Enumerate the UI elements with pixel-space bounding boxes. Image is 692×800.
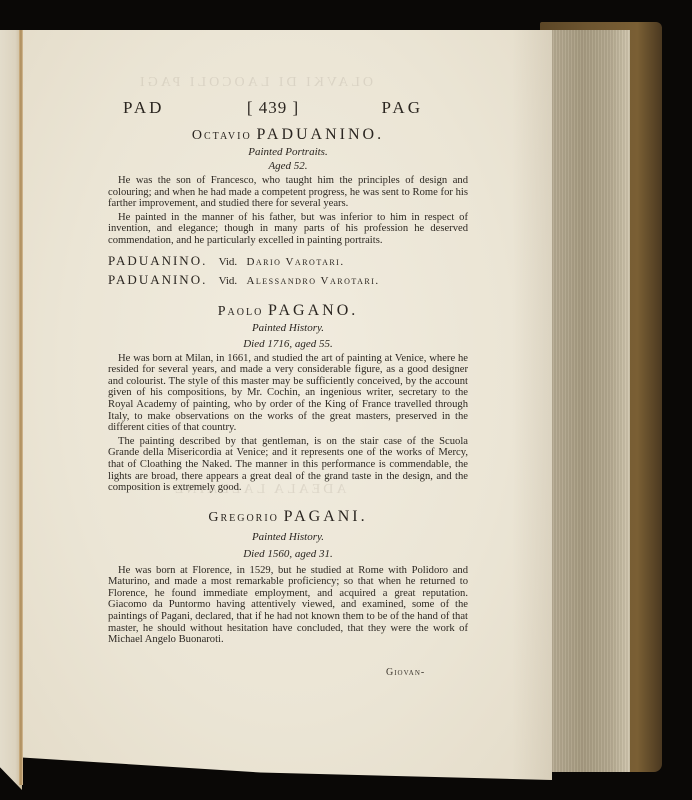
catchword: Giovan-	[386, 667, 425, 678]
entry-pagano: Paolo PAGANO. Painted History. Died 1716…	[108, 302, 468, 494]
specialty: Painted History.	[108, 530, 468, 544]
dates: Died 1560, aged 31.	[108, 547, 468, 561]
cross-reference: PADUANINO. Vid. Alessandro Varotari.	[108, 271, 468, 290]
paragraph: The painting described by that gentleman…	[108, 436, 468, 494]
xref-name: PADUANINO.	[108, 272, 207, 287]
specialty: Painted Portraits.	[108, 145, 468, 159]
cross-references: PADUANINO. Vid. Dario Varotari. PADUANIN…	[108, 252, 468, 290]
entry-heading: Paolo PAGANO.	[108, 302, 468, 321]
running-head-left: PAD	[123, 98, 164, 118]
show-through-text: OLAVKI DI LAOCOLI PAGI	[137, 75, 373, 91]
page-fore-edge	[550, 30, 630, 772]
entry-pagani: Gregorio PAGANI. Painted History. Died 1…	[108, 508, 468, 646]
book-scan: OLAVKI DI LAOCOLI PAGI ADEALA LALLAINE P…	[0, 0, 692, 800]
xref-target: Alessandro Varotari.	[246, 275, 379, 287]
xref-vid: Vid.	[219, 275, 238, 287]
surname: PADUANINO.	[256, 126, 384, 143]
paragraph: He was born at Milan, in 1661, and studi…	[108, 353, 468, 434]
book-page: OLAVKI DI LAOCOLI PAGI ADEALA LALLAINE P…	[22, 30, 552, 780]
first-name: Octavio	[192, 128, 252, 143]
paragraph: He was the son of Francesco, who taught …	[108, 175, 468, 210]
page-text: PAD [ 439 ] PAG Octavio PADUANINO. Paint…	[108, 98, 468, 646]
entry-heading: Octavio PADUANINO.	[108, 126, 468, 145]
dates: Aged 52.	[108, 159, 468, 173]
xref-name: PADUANINO.	[108, 253, 207, 268]
entry-paduanino: Octavio PADUANINO. Painted Portraits. Ag…	[108, 126, 468, 247]
running-head: PAD [ 439 ] PAG	[123, 98, 423, 118]
specialty: Painted History.	[108, 321, 468, 335]
first-name: Gregorio	[208, 510, 279, 525]
first-name: Paolo	[218, 304, 264, 319]
paragraph: He was born at Florence, in 1529, but he…	[108, 565, 468, 646]
dates: Died 1716, aged 55.	[108, 337, 468, 351]
xref-target: Dario Varotari.	[246, 256, 344, 268]
paragraph: He painted in the manner of his father, …	[108, 212, 468, 247]
running-head-right: PAG	[382, 98, 423, 118]
xref-vid: Vid.	[219, 256, 238, 268]
page-number: [ 439 ]	[247, 98, 299, 118]
entry-heading: Gregorio PAGANI.	[108, 508, 468, 527]
gutter	[19, 30, 23, 785]
cross-reference: PADUANINO. Vid. Dario Varotari.	[108, 252, 468, 271]
surname: PAGANI.	[284, 508, 368, 525]
surname: PAGANO.	[268, 302, 358, 319]
